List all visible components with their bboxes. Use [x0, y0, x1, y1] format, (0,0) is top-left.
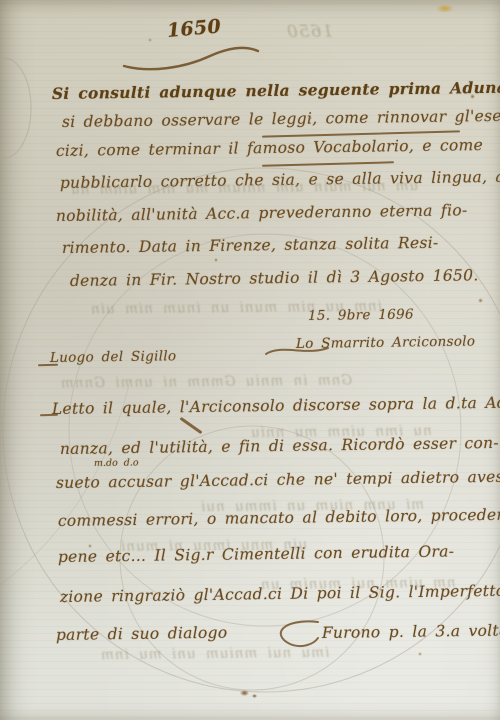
closing-right: Furono p. la 3.a volta: [322, 621, 500, 642]
signature-flourish-icon: [262, 340, 332, 360]
stain-spot: [214, 258, 218, 262]
manuscript-page: 1650 1650 Si consulti adunque nella segu…: [0, 0, 500, 720]
manuscript-line: cizi, come terminar il famoso Vocabolari…: [56, 136, 483, 160]
stain-spot: [252, 694, 257, 698]
ink-underline: [262, 161, 394, 166]
closing-left: parte di suo dialogo: [56, 624, 228, 644]
stain-spot: [240, 690, 249, 696]
manuscript-line: denza in Fir. Nostro studio il dì 3 Agos…: [70, 266, 479, 290]
manuscript-line: nobilità, all'unità Acc.a prevederanno e…: [56, 201, 468, 225]
manuscript-line: sueto accusar gl'Accad.ci che ne' tempi …: [56, 467, 500, 492]
stain-spot: [418, 652, 422, 656]
bleedthrough-line: Gnm in mniu Gmnm ni unmi Gnnm: [60, 372, 352, 391]
manuscript-line: si debbano osservare le leggi, come rinn…: [62, 107, 500, 131]
bleedthrough-year: 1650: [286, 22, 333, 42]
seal-note: Luogo del Sigillo: [50, 348, 177, 366]
manuscript-line: nanza, ed l'utilità, e fin di essa. Rico…: [60, 434, 499, 458]
manuscript-line: zione ringraziò gl'Accad.ci Di poi il Si…: [60, 581, 500, 606]
interlinear-note: m.do d.o: [94, 457, 139, 469]
stain-spot: [478, 298, 483, 303]
date-line: 15. 9bre 1696: [308, 307, 414, 324]
stain-spot: [436, 4, 454, 13]
manuscript-line: pubblicarlo corretto che sia, e se alla …: [60, 168, 500, 192]
heading-flourish-icon: [116, 40, 266, 74]
manuscript-line: pene etc... Il Sig.r Cimentelli con erud…: [58, 542, 455, 566]
manuscript-line: Si consulti adunque nella seguente prima…: [52, 76, 500, 103]
ink-flourish: [179, 417, 202, 434]
manuscript-line: commessi errori, o mancato al debito lor…: [58, 505, 500, 530]
closing-flourish-icon: [268, 616, 322, 650]
year-heading: 1650: [166, 15, 222, 42]
manuscript-line: Letto il quale, l'Arciconsolo discorse s…: [52, 393, 500, 418]
manuscript-line: rimento. Data in Firenze, stanza solita …: [62, 234, 439, 257]
